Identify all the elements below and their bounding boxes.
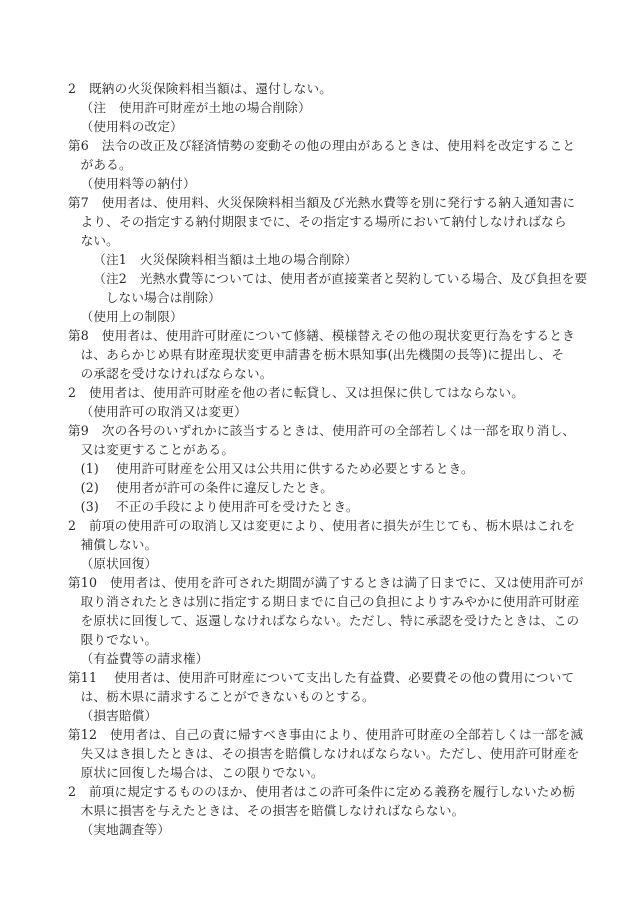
document-line: （使用許可の取消又は変更） (68, 402, 572, 421)
document-line: 原状に回復した場合は、この限りでない。 (68, 763, 572, 782)
document-line: （注1 火災保険料相当額は土地の場合削除） (68, 250, 572, 269)
document-line: （使用料の改定） (68, 117, 572, 136)
document-body: 2 既納の火災保険料相当額は、還付しない。（注 使用許可財産が土地の場合削除）（… (68, 79, 572, 839)
page: 2 既納の火災保険料相当額は、還付しない。（注 使用許可財産が土地の場合削除）（… (0, 0, 630, 915)
document-line: （使用料等の納付） (68, 174, 572, 193)
document-line: 第12 使用者は、自己の責に帰すべき事由により、使用許可財産の全部若しくは一部を… (68, 725, 572, 744)
document-line: 第9 次の各号のいずれかに該当するときは、使用許可の全部若しくは一部を取り消し、 (68, 421, 572, 440)
document-line: （実地調査等） (68, 820, 572, 839)
document-line: 失又はき損したときは、その損害を賠償しなければならない。ただし、使用許可財産を (68, 744, 572, 763)
document-line: 2 前項の使用許可の取消し又は変更により、使用者に損失が生じても、栃木県はこれを (68, 516, 572, 535)
document-line: (3) 不正の手段により使用許可を受けたとき。 (68, 497, 572, 516)
document-line: 限りでない。 (68, 630, 572, 649)
document-line: は、栃木県に請求することができないものとする。 (68, 687, 572, 706)
document-line: 2 既納の火災保険料相当額は、還付しない。 (68, 79, 572, 98)
document-line: ない。 (68, 231, 572, 250)
document-line: (1) 使用許可財産を公用又は公共用に供するため必要とするとき。 (68, 459, 572, 478)
document-line: 2 前項に規定するもののほか、使用者はこの許可条件に定める義務を履行しないため栃 (68, 782, 572, 801)
document-line: しない場合は削除） (68, 288, 572, 307)
document-line: 第10 使用者は、使用を許可された期間が満了するときは満了日までに、又は使用許可… (68, 573, 572, 592)
document-line: を原状に回復して、返還しなければならない。ただし、特に承認を受けたときは、この (68, 611, 572, 630)
document-line: 第11 使用者は、使用許可財産について支出した有益費、必要費その他の費用について (68, 668, 572, 687)
document-line: (2) 使用者が許可の条件に違反したとき。 (68, 478, 572, 497)
document-line: 第8 使用者は、使用許可財産について修繕、模様替えその他の現状変更行為をするとき (68, 326, 572, 345)
document-line: 木県に損害を与えたときは、その損害を賠償しなければならない。 (68, 801, 572, 820)
document-line: 2 使用者は、使用許可財産を他の者に転貸し、又は担保に供してはならない。 (68, 383, 572, 402)
document-line: （使用上の制限） (68, 307, 572, 326)
document-line: （原状回復） (68, 554, 572, 573)
document-line: 第6 法令の改正及び経済情勢の変動その他の理由があるときは、使用料を改定すること (68, 136, 572, 155)
document-line: より、その指定する納付期限までに、その指定する場所において納付しなければなら (68, 212, 572, 231)
document-line: 第7 使用者は、使用料、火災保険料相当額及び光熱水費等を別に発行する納入通知書に (68, 193, 572, 212)
document-line: は、あらかじめ県有財産現状変更申請書を栃木県知事(出先機関の長等)に提出し、そ (68, 345, 572, 364)
document-line: 又は変更することがある。 (68, 440, 572, 459)
document-line: （注 使用許可財産が土地の場合削除） (68, 98, 572, 117)
document-line: （損害賠償） (68, 706, 572, 725)
document-line: がある。 (68, 155, 572, 174)
document-line: の承認を受けなければならない。 (68, 364, 572, 383)
document-line: 補償しない。 (68, 535, 572, 554)
document-line: （有益費等の請求権） (68, 649, 572, 668)
document-line: （注2 光熱水費等については、使用者が直接業者と契約している場合、及び負担を要 (68, 269, 572, 288)
document-line: 取り消されたときは別に指定する期日までに自己の負担によりすみやかに使用許可財産 (68, 592, 572, 611)
